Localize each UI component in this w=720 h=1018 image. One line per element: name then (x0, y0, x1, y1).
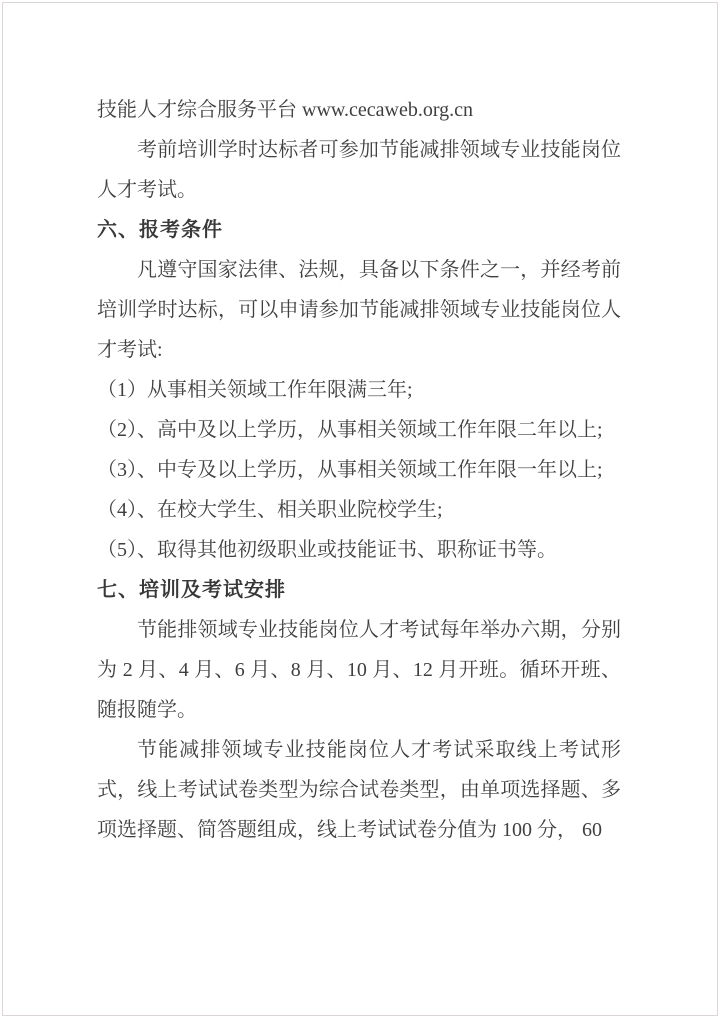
document-content: 技能人才综合服务平台 www.cecaweb.org.cn 考前培训学时达标者可… (97, 0, 621, 850)
document-page: 技能人才综合服务平台 www.cecaweb.org.cn 考前培训学时达标者可… (0, 0, 720, 1018)
condition-item-3: （3）、中专及以上学历，从事相关领域工作年限一年以上; (97, 450, 621, 490)
condition-item-2: （2）、高中及以上学历，从事相关领域工作年限二年以上; (97, 410, 621, 450)
section-7-paragraph-1: 节能排领域专业技能岗位人才考试每年举办六期，分别为 2 月、4 月、6 月、8 … (97, 610, 621, 730)
section-6-lead-paragraph: 凡遵守国家法律、法规，具备以下条件之一，并经考前培训学时达标，可以申请参加节能减… (97, 250, 621, 370)
condition-item-1: （1）从事相关领域工作年限满三年; (97, 370, 621, 410)
condition-item-4: （4）、在校大学生、相关职业院校学生; (97, 490, 621, 530)
section-6-heading: 六、报考条件 (97, 210, 621, 250)
section-7-paragraph-2: 节能减排领域专业技能岗位人才考试采取线上考试形式，线上考试试卷类型为综合试卷类型… (97, 730, 621, 850)
condition-item-5: （5）、取得其他初级职业或技能证书、职称证书等。 (97, 530, 621, 570)
platform-url-line: 技能人才综合服务平台 www.cecaweb.org.cn (97, 90, 621, 130)
intro-paragraph: 考前培训学时达标者可参加节能减排领域专业技能岗位人才考试。 (97, 130, 621, 210)
section-7-heading: 七、培训及考试安排 (97, 570, 621, 610)
